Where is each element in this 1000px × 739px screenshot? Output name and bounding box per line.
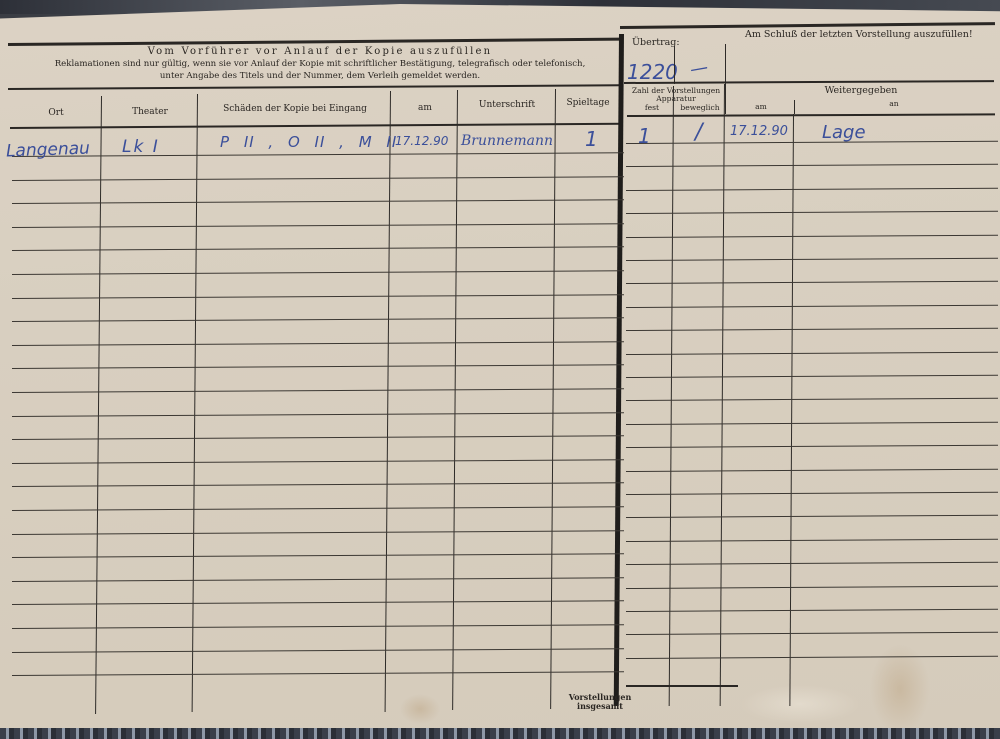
col-header-unterschrift: Unterschrift [458,100,556,110]
col-header-beweglich: beweglich [675,104,725,113]
uebertrag-divider-1 [674,46,675,84]
entry-fest: 1 [638,124,651,148]
entry-unterschrift: Brunnemann [461,133,553,149]
background-surface-bottom [0,728,1000,739]
col-header-ort: Ort [10,108,102,118]
entry-ort: Langenau [6,139,91,162]
right-header-title: Am Schluß der letzten Vorstellung auszuf… [745,30,973,41]
col-header-weiter-an: an [796,100,992,109]
entry-theater: Lk I [122,137,160,157]
entry-beweglich: / [695,120,702,145]
entry-schaeden: P II , O II , M II [220,133,397,151]
uebertrag-value-2: — [688,57,709,81]
total-label-2: insgesamt [565,702,635,711]
col-header-fest: fest [630,104,674,113]
entry-weiter-am: 17.12.90 [730,124,788,139]
entry-weiter-an: Lage [822,122,866,143]
col-header-weitergegeben: Weitergegeben [728,86,994,97]
col-header-schaeden: Schäden der Kopie bei Eingang [198,104,392,114]
col-header-spieltage: Spieltage [556,98,620,108]
total-rule [626,685,738,687]
weiter-subdivider [794,100,795,114]
col-header-weiter-am: am [728,103,794,112]
uebertrag-label: Übertrag: [632,38,680,49]
left-header-title: Vom Vorführer vor Anlauf der Kopie auszu… [110,46,530,58]
col-header-am: am [392,103,458,113]
left-header-note-1: Reklamationen sind nur gültig, wenn sie … [30,60,610,70]
entry-spieltage: 1 [585,127,598,151]
left-header-note-2: unter Angabe des Titels und der Nummer, … [30,72,610,82]
uebertrag-value: 1220 [627,60,678,84]
col-header-theater: Theater [102,107,198,117]
uebertrag-divider-2 [725,44,726,114]
entry-am: 17.12.90 [395,134,448,148]
